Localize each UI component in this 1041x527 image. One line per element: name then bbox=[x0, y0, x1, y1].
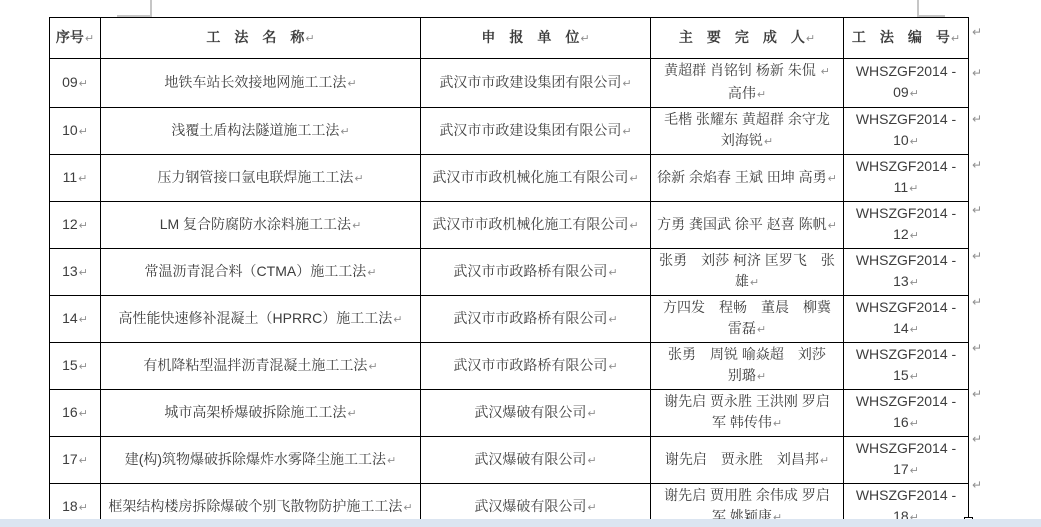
header-code[interactable]: 工 法 编 号↵ bbox=[844, 18, 969, 59]
paragraph-mark-icon: ↵ bbox=[909, 88, 919, 100]
table-row: 13↵ 常温沥青混合料（CTMA）施工工法↵ 武汉市市政路桥有限公司↵ 张勇 刘… bbox=[50, 249, 969, 296]
paragraph-mark-icon: ↵ bbox=[827, 220, 837, 232]
cell-index[interactable]: 16↵ bbox=[50, 390, 101, 437]
paragraph-mark-icon: ↵ bbox=[607, 361, 617, 373]
cell-completers[interactable]: 方四发 程畅 董晨 柳冀 雷磊↵ bbox=[651, 296, 844, 343]
table-row: 09↵ 地铁车站长效接地网施工工法↵ 武汉市市政建设集团有限公司↵ 黄超群 肖铭… bbox=[50, 59, 969, 108]
paragraph-mark-icon: ↵ bbox=[77, 173, 87, 185]
paragraph-mark-icon: ↵ bbox=[819, 455, 829, 467]
paragraph-mark-icon: ↵ bbox=[78, 78, 88, 90]
cell-unit[interactable]: 武汉爆破有限公司↵ bbox=[421, 390, 651, 437]
paragraph-mark-icon: ↵ bbox=[909, 465, 919, 477]
page: 序号↵ 工 法 名 称↵ 申 报 单 位↵ 主 要 完 成 人↵ 工 法 编 号… bbox=[0, 0, 1041, 527]
paragraph-mark-icon: ↵ bbox=[607, 267, 617, 279]
cell-method-name[interactable]: 高性能快速修补混凝土（HPRRC）施工工法↵ bbox=[101, 296, 421, 343]
cell-completers[interactable]: 张勇 周锐 喻焱超 刘莎 别璐↵ bbox=[651, 343, 844, 390]
paragraph-mark-icon: ↵ bbox=[772, 418, 782, 430]
methods-table: 序号↵ 工 法 名 称↵ 申 报 单 位↵ 主 要 完 成 人↵ 工 法 编 号… bbox=[49, 17, 969, 527]
table-row: 17↵ 建(构)筑物爆破拆除爆炸水雾降尘施工工法↵ 武汉爆破有限公司↵ 谢先启 … bbox=[50, 437, 969, 484]
row-end-mark-icon: ↵ bbox=[972, 388, 982, 400]
cell-code[interactable]: WHSZGF2014 - 15↵ bbox=[844, 343, 969, 390]
cell-unit[interactable]: 武汉市市政机械化施工有限公司↵ bbox=[421, 202, 651, 249]
paragraph-mark-icon: ↵ bbox=[763, 136, 773, 148]
paragraph-mark-icon: ↵ bbox=[586, 502, 596, 514]
cell-index[interactable]: 09↵ bbox=[50, 59, 101, 108]
paragraph-mark-icon: ↵ bbox=[78, 126, 88, 138]
paragraph-mark-icon: ↵ bbox=[628, 220, 638, 232]
paragraph-mark-icon: ↵ bbox=[586, 408, 596, 420]
paragraph-mark-icon: ↵ bbox=[756, 89, 766, 101]
cell-index[interactable]: 10↵ bbox=[50, 108, 101, 155]
cell-index[interactable]: 12↵ bbox=[50, 202, 101, 249]
margin-crop-mark-top-right-vertical bbox=[917, 0, 919, 15]
cell-method-name[interactable]: 常温沥青混合料（CTMA）施工工法↵ bbox=[101, 249, 421, 296]
row-end-mark-icon: ↵ bbox=[972, 26, 982, 38]
table-row: 12↵ LM 复合防腐防水涂料施工工法↵ 武汉市市政机械化施工有限公司↵ 方勇 … bbox=[50, 202, 969, 249]
cell-completers[interactable]: 毛楷 张耀东 黄超群 余守龙 刘海锐↵ bbox=[651, 108, 844, 155]
cell-completers[interactable]: 谢先启 贾永胜 王洪刚 罗启 军 韩传伟↵ bbox=[651, 390, 844, 437]
paragraph-mark-icon: ↵ bbox=[909, 324, 919, 336]
header-unit[interactable]: 申 报 单 位↵ bbox=[421, 18, 651, 59]
table-row: 10↵ 浅覆土盾构法隧道施工工法↵ 武汉市市政建设集团有限公司↵ 毛楷 张耀东 … bbox=[50, 108, 969, 155]
table-row: 14↵ 高性能快速修补混凝土（HPRRC）施工工法↵ 武汉市市政路桥有限公司↵ … bbox=[50, 296, 969, 343]
table-row: 16↵ 城市高架桥爆破拆除施工工法↵ 武汉爆破有限公司↵ 谢先启 贾永胜 王洪刚… bbox=[50, 390, 969, 437]
paragraph-mark-icon: ↵ bbox=[304, 33, 314, 45]
paragraph-mark-icon: ↵ bbox=[628, 173, 638, 185]
paragraph-mark-icon: ↵ bbox=[386, 455, 396, 467]
paragraph-mark-icon: ↵ bbox=[353, 173, 363, 185]
cell-method-name[interactable]: 有机降粘型温拌沥青混凝土施工工法↵ bbox=[101, 343, 421, 390]
paragraph-mark-icon: ↵ bbox=[351, 220, 361, 232]
cell-unit[interactable]: 武汉市市政路桥有限公司↵ bbox=[421, 249, 651, 296]
paragraph-mark-icon: ↵ bbox=[78, 502, 88, 514]
cell-code[interactable]: WHSZGF2014 - 11↵ bbox=[844, 155, 969, 202]
paragraph-mark-icon: ↵ bbox=[621, 126, 631, 138]
paragraph-mark-icon: ↵ bbox=[908, 183, 918, 195]
row-end-mark-icon: ↵ bbox=[972, 250, 982, 262]
cell-unit[interactable]: 武汉市市政建设集团有限公司↵ bbox=[421, 108, 651, 155]
paragraph-mark-icon: ↵ bbox=[346, 78, 356, 90]
margin-crop-mark-top-left-vertical bbox=[150, 0, 152, 15]
header-index[interactable]: 序号↵ bbox=[50, 18, 101, 59]
cell-code[interactable]: WHSZGF2014 - 16↵ bbox=[844, 390, 969, 437]
row-end-mark-icon: ↵ bbox=[972, 159, 982, 171]
paragraph-mark-icon: ↵ bbox=[621, 78, 631, 90]
cell-completers[interactable]: 谢先启 贾永胜 刘昌邦↵ bbox=[651, 437, 844, 484]
paragraph-mark-icon: ↵ bbox=[392, 314, 402, 326]
cell-code[interactable]: WHSZGF2014 - 10↵ bbox=[844, 108, 969, 155]
cell-index[interactable]: 15↵ bbox=[50, 343, 101, 390]
paragraph-mark-icon: ↵ bbox=[339, 126, 349, 138]
cell-method-name[interactable]: 地铁车站长效接地网施工工法↵ bbox=[101, 59, 421, 108]
paragraph-mark-icon: ↵ bbox=[827, 173, 837, 185]
paragraph-mark-icon: ↵ bbox=[607, 314, 617, 326]
paragraph-mark-icon: ↵ bbox=[78, 314, 88, 326]
paragraph-mark-icon: ↵ bbox=[950, 33, 960, 45]
paragraph-mark-icon: ↵ bbox=[84, 33, 94, 45]
header-method-name[interactable]: 工 法 名 称↵ bbox=[101, 18, 421, 59]
row-end-mark-icon: ↵ bbox=[972, 433, 982, 445]
paragraph-mark-icon: ↵ bbox=[756, 324, 766, 336]
paragraph-mark-icon: ↵ bbox=[909, 136, 919, 148]
cell-unit[interactable]: 武汉市市政建设集团有限公司↵ bbox=[421, 59, 651, 108]
paragraph-mark-icon: ↵ bbox=[909, 277, 919, 289]
paragraph-mark-icon: ↵ bbox=[805, 33, 815, 45]
cell-completers[interactable]: 徐新 余焰春 王斌 田坤 高勇↵ bbox=[651, 155, 844, 202]
cell-completers[interactable]: 黄超群 肖铭钊 杨新 朱侃 ↵ 高伟↵ bbox=[651, 59, 844, 108]
paragraph-mark-icon: ↵ bbox=[579, 33, 589, 45]
cell-index[interactable]: 14↵ bbox=[50, 296, 101, 343]
cell-unit[interactable]: 武汉市市政路桥有限公司↵ bbox=[421, 343, 651, 390]
paragraph-mark-icon: ↵ bbox=[909, 418, 919, 430]
paragraph-mark-icon: ↵ bbox=[820, 66, 830, 78]
cell-code[interactable]: WHSZGF2014 - 13↵ bbox=[844, 249, 969, 296]
page-bottom-strip bbox=[0, 519, 1041, 527]
paragraph-mark-icon: ↵ bbox=[586, 455, 596, 467]
cell-method-name[interactable]: LM 复合防腐防水涂料施工工法↵ bbox=[101, 202, 421, 249]
row-end-mark-icon: ↵ bbox=[972, 296, 982, 308]
paragraph-mark-icon: ↵ bbox=[909, 371, 919, 383]
cell-index[interactable]: 13↵ bbox=[50, 249, 101, 296]
cell-method-name[interactable]: 建(构)筑物爆破拆除爆炸水雾降尘施工工法↵ bbox=[101, 437, 421, 484]
paragraph-mark-icon: ↵ bbox=[78, 267, 88, 279]
cell-code[interactable]: WHSZGF2014 - 12↵ bbox=[844, 202, 969, 249]
paragraph-mark-icon: ↵ bbox=[346, 408, 356, 420]
table-row: 15↵ 有机降粘型温拌沥青混凝土施工工法↵ 武汉市市政路桥有限公司↵ 张勇 周锐… bbox=[50, 343, 969, 390]
cell-completers[interactable]: 方勇 龚国武 徐平 赵喜 陈帆↵ bbox=[651, 202, 844, 249]
paragraph-mark-icon: ↵ bbox=[367, 361, 377, 373]
header-completers[interactable]: 主 要 完 成 人↵ bbox=[651, 18, 844, 59]
row-end-mark-icon: ↵ bbox=[972, 204, 982, 216]
cell-unit[interactable]: 武汉市市政路桥有限公司↵ bbox=[421, 296, 651, 343]
cell-method-name[interactable]: 浅覆土盾构法隧道施工工法↵ bbox=[101, 108, 421, 155]
cell-unit[interactable]: 武汉市市政机械化施工有限公司↵ bbox=[421, 155, 651, 202]
row-end-mark-icon: ↵ bbox=[972, 113, 982, 125]
cell-index[interactable]: 17↵ bbox=[50, 437, 101, 484]
row-end-mark-icon: ↵ bbox=[972, 479, 982, 491]
paragraph-mark-icon: ↵ bbox=[78, 220, 88, 232]
cell-unit[interactable]: 武汉爆破有限公司↵ bbox=[421, 437, 651, 484]
cell-code[interactable]: WHSZGF2014 - 17↵ bbox=[844, 437, 969, 484]
paragraph-mark-icon: ↵ bbox=[749, 277, 759, 289]
cell-code[interactable]: WHSZGF2014 - 09↵ bbox=[844, 59, 969, 108]
cell-method-name[interactable]: 城市高架桥爆破拆除施工工法↵ bbox=[101, 390, 421, 437]
paragraph-mark-icon: ↵ bbox=[756, 371, 766, 383]
cell-index[interactable]: 11↵ bbox=[50, 155, 101, 202]
row-end-mark-icon: ↵ bbox=[972, 67, 982, 79]
paragraph-mark-icon: ↵ bbox=[402, 502, 412, 514]
cell-code[interactable]: WHSZGF2014 - 14↵ bbox=[844, 296, 969, 343]
cell-method-name[interactable]: 压力钢管接口氩电联焊施工工法↵ bbox=[101, 155, 421, 202]
paragraph-mark-icon: ↵ bbox=[78, 408, 88, 420]
paragraph-mark-icon: ↵ bbox=[78, 361, 88, 373]
table-row: 11↵ 压力钢管接口氩电联焊施工工法↵ 武汉市市政机械化施工有限公司↵ 徐新 余… bbox=[50, 155, 969, 202]
row-end-mark-icon: ↵ bbox=[972, 342, 982, 354]
paragraph-mark-icon: ↵ bbox=[909, 230, 919, 242]
paragraph-mark-icon: ↵ bbox=[78, 455, 88, 467]
table-header-row: 序号↵ 工 法 名 称↵ 申 报 单 位↵ 主 要 完 成 人↵ 工 法 编 号… bbox=[50, 18, 969, 59]
cell-completers[interactable]: 张勇 刘莎 柯济 匡罗飞 张 雄↵ bbox=[651, 249, 844, 296]
paragraph-mark-icon: ↵ bbox=[366, 267, 376, 279]
table-body: 09↵ 地铁车站长效接地网施工工法↵ 武汉市市政建设集团有限公司↵ 黄超群 肖铭… bbox=[50, 59, 969, 527]
